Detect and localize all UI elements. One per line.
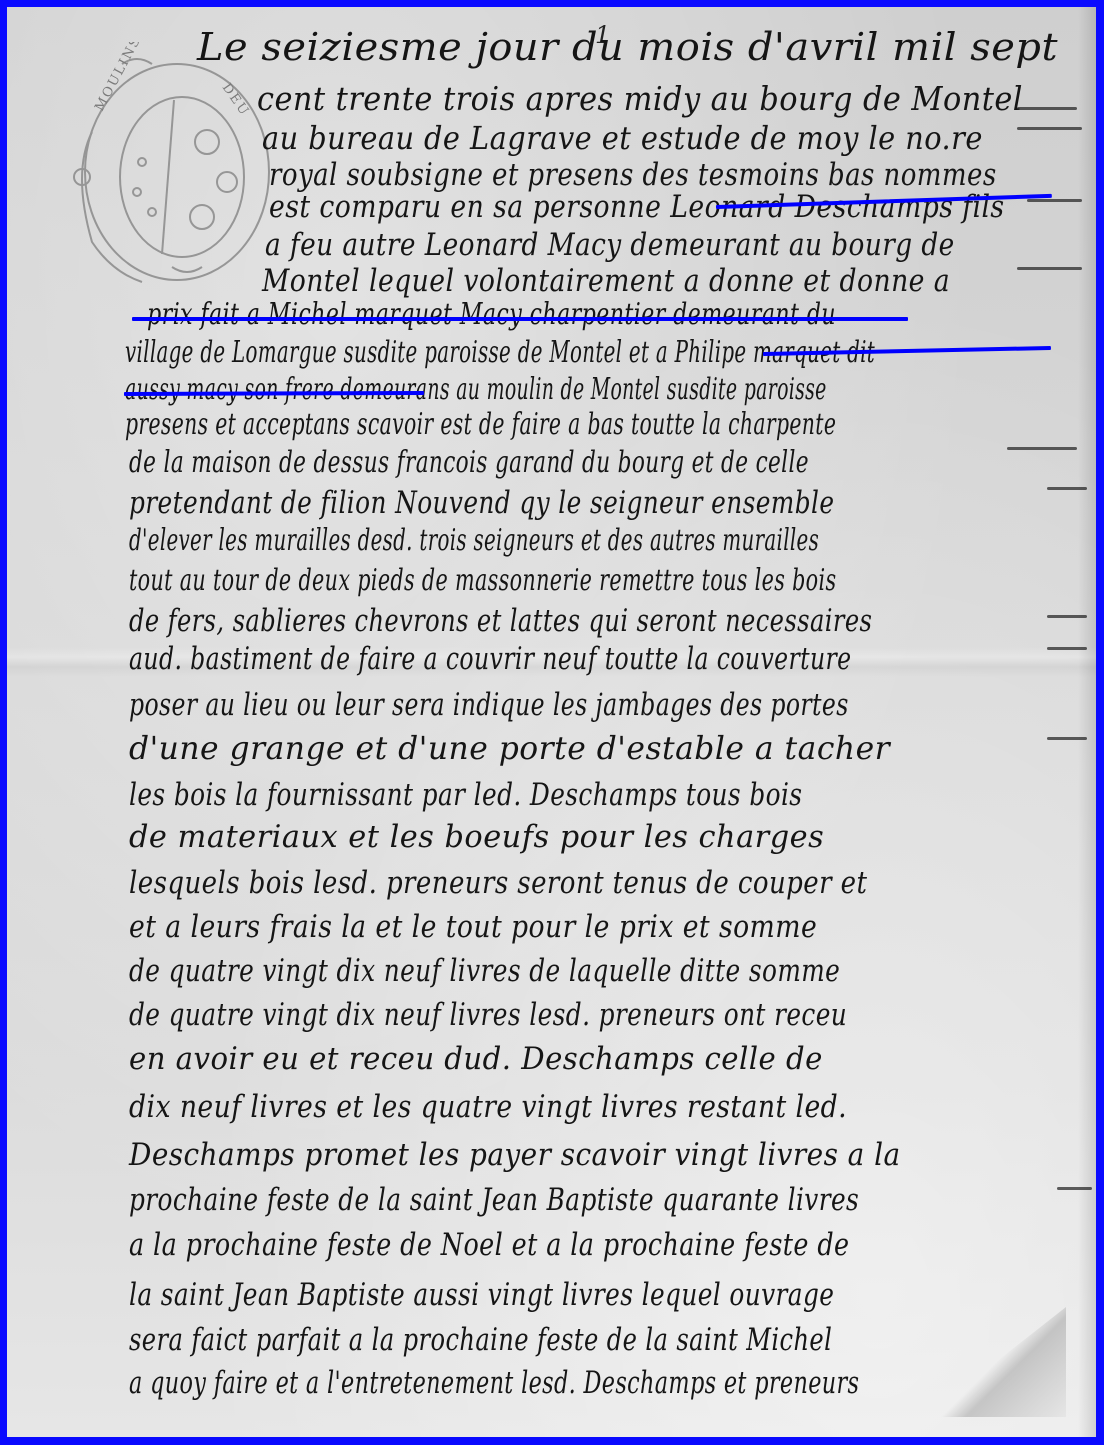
manuscript-line: a feu autre Leonard Macy demeurant au bo… (265, 227, 955, 263)
line-filler-dash (1047, 615, 1087, 618)
manuscript-line: cent trente trois apres midy au bourg de… (257, 79, 1023, 118)
manuscript-line: presens et acceptans scavoir est de fair… (125, 407, 836, 442)
manuscript-line: pretendant de filion Nouvend qy le seign… (129, 485, 834, 521)
manuscript-line: de quatre vingt dix neuf livres lesd. pr… (129, 997, 847, 1033)
line-filler-dash (1017, 267, 1082, 270)
manuscript-line: prochaine feste de la saint Jean Baptist… (129, 1182, 859, 1218)
manuscript-line: de quatre vingt dix neuf livres de laque… (129, 953, 840, 989)
manuscript-page: MOULINS DEU 1 Le seiziesme jour du mois … (7, 7, 1096, 1437)
manuscript-line: au bureau de Lagrave et estude de moy le… (262, 119, 983, 157)
manuscript-line: Montel lequel volontairement a donne et … (262, 263, 950, 299)
manuscript-line: poser au lieu ou leur sera indique les j… (129, 687, 849, 723)
seal-icon: MOULINS DEU (62, 42, 272, 292)
line-filler-dash (1017, 107, 1077, 110)
manuscript-line: la saint Jean Baptiste aussi vingt livre… (129, 1277, 834, 1313)
paper-corner-curl (926, 1307, 1066, 1417)
line-filler-dash (1047, 487, 1087, 490)
manuscript-line: en avoir eu et receu dud. Deschamps cell… (129, 1041, 823, 1077)
manuscript-line: sera faict parfait a la prochaine feste … (129, 1322, 832, 1358)
manuscript-line: prix fait a Michel marquet Macy charpent… (147, 297, 836, 332)
line-filler-dash (1017, 127, 1082, 130)
manuscript-line: Deschamps promet les payer scavoir vingt… (129, 1137, 901, 1173)
manuscript-line: et a leurs frais la et le tout pour le p… (129, 909, 817, 945)
highlight-underline (132, 317, 908, 321)
manuscript-line: tout au tour de deux pieds de massonneri… (129, 563, 836, 598)
manuscript-line: a la prochaine feste de Noel et a la pro… (129, 1227, 850, 1263)
line-filler-dash (1057, 1187, 1092, 1190)
line-filler-dash (1027, 199, 1082, 202)
manuscript-line: a quoy faire et a l'entretenement lesd. … (129, 1365, 859, 1401)
manuscript-line: de la maison de dessus francois garand d… (129, 445, 809, 480)
manuscript-line: les bois la fournissant par led. Descham… (129, 777, 802, 813)
manuscript-line: Le seiziesme jour du mois d'avril mil se… (197, 25, 1058, 69)
manuscript-line: royal soubsigne et presens des tesmoins … (269, 157, 997, 193)
image-frame: MOULINS DEU 1 Le seiziesme jour du mois … (0, 0, 1104, 1445)
svg-text:DEU: DEU (219, 81, 252, 120)
manuscript-line: dix neuf livres et les quatre vingt livr… (129, 1089, 847, 1125)
manuscript-line: aussy macy son frere demeurans au moulin… (125, 372, 827, 407)
line-filler-dash (1007, 447, 1077, 450)
svg-text:MOULINS: MOULINS (92, 42, 144, 114)
manuscript-line: est comparu en sa personne Leonard Desch… (269, 189, 1005, 225)
manuscript-line: de materiaux et les boeufs pour les char… (129, 819, 824, 855)
manuscript-line: d'elever les murailles desd. trois seign… (129, 523, 819, 558)
line-filler-dash (1047, 737, 1087, 740)
manuscript-line: lesquels bois lesd. preneurs seront tenu… (129, 865, 867, 901)
manuscript-line: de fers, sablieres chevrons et lattes qu… (129, 603, 872, 639)
manuscript-line: d'une grange et d'une porte d'estable a … (129, 729, 890, 767)
tax-seal-stamp: MOULINS DEU (62, 42, 272, 292)
line-filler-dash (1047, 647, 1087, 650)
manuscript-line: aud. bastiment de faire a couvrir neuf t… (129, 641, 851, 677)
